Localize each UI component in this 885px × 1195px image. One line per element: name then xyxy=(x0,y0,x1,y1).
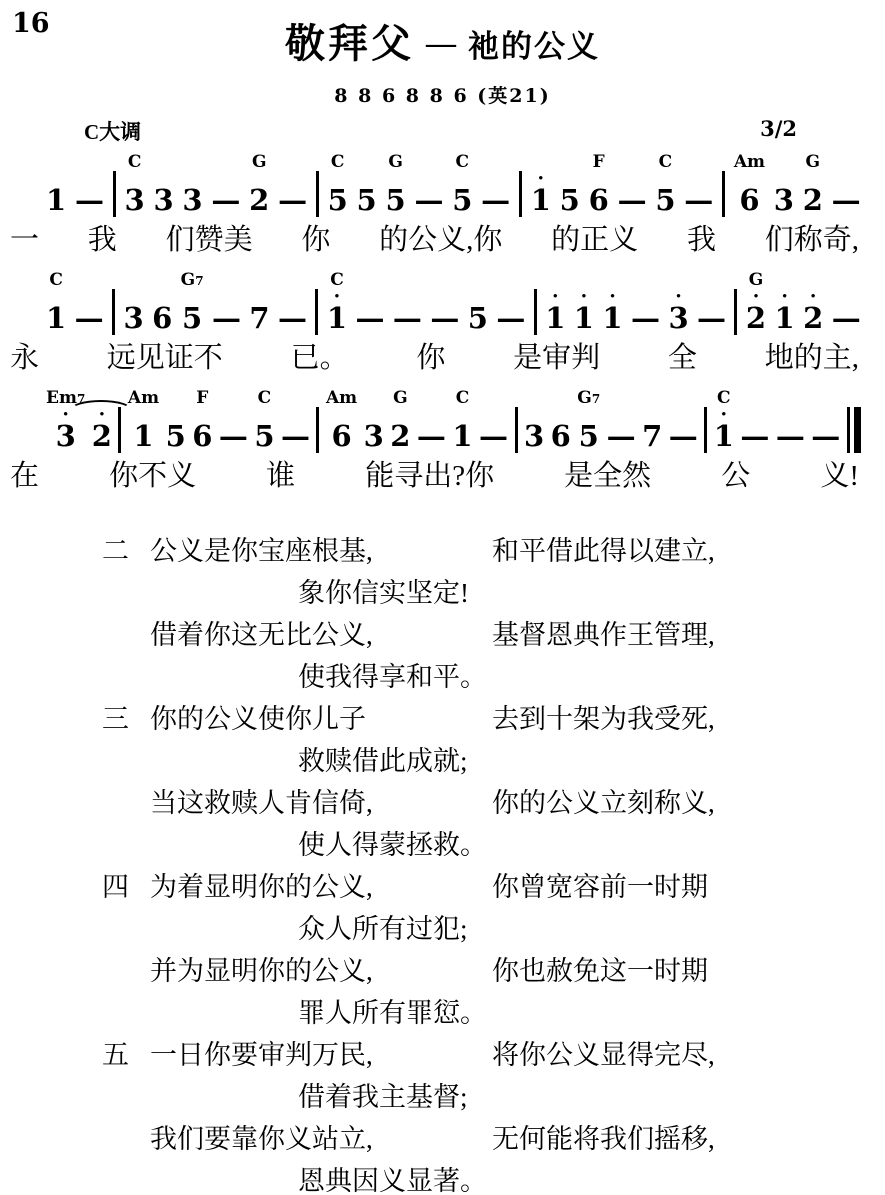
verse: 三你的公义使你儿子去到十架为我受死,救赎借此成就;当这救赎人肯信倚,你的公义立刻… xyxy=(102,698,855,866)
duration-dash: — xyxy=(75,152,104,217)
barline xyxy=(722,171,725,217)
note-glyph: 5 xyxy=(655,184,675,217)
note-glyph: 5 xyxy=(579,420,599,453)
verse-number: 三 xyxy=(102,698,150,740)
verse-line: 二公义是你宝座根基,和平借此得以建立, xyxy=(102,530,855,572)
note-glyph: 2 xyxy=(92,420,112,453)
duration-dash: — xyxy=(669,388,698,453)
verse-number: 五 xyxy=(102,1034,150,1076)
note-glyph: 7 xyxy=(642,420,662,453)
barline xyxy=(519,171,522,217)
duration-dash: — xyxy=(631,270,660,335)
note-glyph: 1 xyxy=(545,302,565,335)
lyric-syllable: 义! xyxy=(820,456,859,496)
chord-label: Am xyxy=(326,388,357,409)
note-glyph: — xyxy=(75,302,104,335)
note-glyph: 7 xyxy=(249,302,269,335)
duration-dash: — xyxy=(219,388,248,453)
lyric-syllable: 们称奇, xyxy=(765,220,859,260)
note-glyph: — xyxy=(740,420,769,453)
verses: 二公义是你宝座根基,和平借此得以建立,象你信实坚定!借着你这无比公义,基督恩典作… xyxy=(0,506,885,1195)
note: G•2 xyxy=(746,270,766,335)
note: 6 xyxy=(551,388,571,453)
lyric-syllable: 永 xyxy=(10,338,39,378)
verse-number: 二 xyxy=(102,530,150,572)
note-glyph: 6 xyxy=(152,302,172,335)
note-glyph: — xyxy=(697,302,726,335)
verse-line-indent: 众人所有过犯; xyxy=(298,908,855,950)
note: G2 xyxy=(249,152,269,217)
duration-dash: — xyxy=(281,388,310,453)
note-glyph: 5 xyxy=(328,184,348,217)
note-glyph: — xyxy=(355,302,384,335)
note-glyph: 1 xyxy=(452,420,472,453)
note-glyph: — xyxy=(684,184,713,217)
notation-row: Em7•3•2Am15F6—C5—Am63G2—C1—36G75—7—C•1——… xyxy=(0,388,885,453)
music-system: C1—36G75—7—C•1———5—•1•1•1—•3—G•2•1•2—永远见… xyxy=(0,270,885,378)
note: C1 xyxy=(46,270,66,335)
lyric-syllable: 你不义 xyxy=(109,456,196,496)
hymn-title-subtitle: 祂的公义 xyxy=(468,29,600,64)
verse-text-left: 借着你这无比公义, xyxy=(150,614,492,656)
chord-label: G xyxy=(252,152,267,173)
duration-dash: — xyxy=(776,388,805,453)
lyric-syllable: 在 xyxy=(10,456,39,496)
chord-label: F xyxy=(196,388,208,409)
verse-text-right: 将你公义显得完尽, xyxy=(492,1034,855,1076)
note: Am6 xyxy=(734,152,765,217)
final-barline-thin xyxy=(847,407,850,453)
lyric-syllable: 你 xyxy=(301,220,330,260)
note-glyph: 6 xyxy=(331,420,351,453)
verse-line-indent: 使我得享和平。 xyxy=(298,656,855,698)
duration-dash: — xyxy=(430,270,459,335)
note-glyph: 1 xyxy=(133,420,153,453)
lyric-syllable: 公 xyxy=(721,456,750,496)
lyric-syllable: 谁 xyxy=(266,456,295,496)
barline xyxy=(734,289,737,335)
note: C5 xyxy=(452,152,472,217)
barline xyxy=(515,407,518,453)
note-glyph: — xyxy=(414,184,443,217)
barline xyxy=(316,171,319,217)
duration-dash: — xyxy=(607,388,636,453)
verse-line-indent: 罪人所有罪愆。 xyxy=(298,992,855,1034)
key-signature: C大调 xyxy=(84,116,141,146)
note-glyph: 1 xyxy=(602,302,622,335)
hymn-title-dash: — xyxy=(426,27,456,60)
chord-label: C xyxy=(456,152,470,173)
chord-label: G xyxy=(806,152,821,173)
verse: 四为着显明你的公义,你曾宽容前一时期众人所有过犯;并为显明你的公义,你也赦免这一… xyxy=(102,866,855,1034)
note: Am1 xyxy=(128,388,159,453)
note: 3 xyxy=(182,152,202,217)
music-system: 1—C333—G2—C55G5—C5—•15F6—C5—Am63G2—一我们赞美… xyxy=(0,152,885,260)
lyric-syllable: 我 xyxy=(88,220,117,260)
note: C1 xyxy=(452,388,472,453)
note-glyph: — xyxy=(832,184,861,217)
hymn-sheet-page: 16 敬拜父 — 祂的公义 8 8 6 8 8 6 (英21) C大调 3/2 … xyxy=(0,0,885,1195)
verse-text-left: 并为显明你的公义, xyxy=(150,950,492,992)
note-glyph: — xyxy=(430,302,459,335)
note-glyph: 1 xyxy=(531,184,551,217)
duration-dash: — xyxy=(211,152,240,217)
note-glyph: 6 xyxy=(551,420,571,453)
note: •1 xyxy=(602,270,622,335)
verse-text-left: 当这救赎人肯信倚, xyxy=(150,782,492,824)
chord-label: Am xyxy=(734,152,765,173)
note-glyph: 5 xyxy=(254,420,274,453)
chord-label: G xyxy=(393,388,408,409)
note: C•1 xyxy=(327,270,347,335)
chord-label: G xyxy=(388,152,403,173)
verse-line: 我们要靠你义站立,无何能将我们摇移, xyxy=(102,1118,855,1160)
barline xyxy=(113,171,116,217)
note-glyph: 2 xyxy=(249,184,269,217)
note-glyph: 2 xyxy=(803,184,823,217)
note: G2 xyxy=(390,388,410,453)
note-glyph: 1 xyxy=(574,302,594,335)
note-glyph: 3 xyxy=(182,184,202,217)
note-glyph: 1 xyxy=(327,302,347,335)
duration-dash: — xyxy=(417,388,446,453)
verse-text-right: 你也赦免这一时期 xyxy=(492,950,855,992)
note: Em7•3 xyxy=(46,388,85,453)
note: F6 xyxy=(192,388,212,453)
verse-line-indent: 借着我主基督; xyxy=(298,1076,855,1118)
note: Am6 xyxy=(326,388,357,453)
note: F6 xyxy=(589,152,609,217)
duration-dash: — xyxy=(697,270,726,335)
verse-text-right: 你的公义立刻称义, xyxy=(492,782,855,824)
note: •1 xyxy=(574,270,594,335)
note-glyph: 6 xyxy=(192,420,212,453)
verse-text-right: 和平借此得以建立, xyxy=(492,530,855,572)
verse-line: 五一日你要审判万民,将你公义显得完尽, xyxy=(102,1034,855,1076)
note-glyph: — xyxy=(631,302,660,335)
note: 5 xyxy=(357,152,377,217)
duration-dash: — xyxy=(832,152,861,217)
note: 6 xyxy=(152,270,172,335)
lyric-syllable: 你 xyxy=(416,338,445,378)
note: •1 xyxy=(531,152,551,217)
lyrics-row: 永远见证不已。你是审判全地的主, xyxy=(0,338,885,378)
note: •1 xyxy=(545,270,565,335)
lyric-syllable: 们赞美 xyxy=(166,220,253,260)
duration-dash: — xyxy=(414,152,443,217)
barline xyxy=(112,289,115,335)
note-glyph: — xyxy=(479,420,508,453)
hymn-title: 敬拜父 — 祂的公义 xyxy=(0,0,885,69)
hymn-title-main: 敬拜父 xyxy=(285,21,414,66)
note-glyph: — xyxy=(212,302,241,335)
barline xyxy=(316,407,319,453)
music-system: Em7•3•2Am15F6—C5—Am63G2—C1—36G75—7—C•1——… xyxy=(0,388,885,496)
chord-label: C xyxy=(659,152,673,173)
note: G75 xyxy=(181,270,204,335)
note-glyph: 1 xyxy=(46,302,66,335)
note: G2 xyxy=(803,152,823,217)
note-glyph: 6 xyxy=(739,184,759,217)
barline xyxy=(534,289,537,335)
verse-text-right: 基督恩典作王管理, xyxy=(492,614,855,656)
note: •3 xyxy=(668,270,688,335)
verse-text-right: 无何能将我们摇移, xyxy=(492,1118,855,1160)
verse-number xyxy=(102,1118,150,1160)
lyric-syllable: 能寻出?你 xyxy=(365,456,494,496)
verse-number xyxy=(102,782,150,824)
note: 1 xyxy=(46,152,66,217)
chord-seventh: 7 xyxy=(592,392,600,406)
note-glyph: — xyxy=(211,184,240,217)
note-glyph: — xyxy=(618,184,647,217)
verse-line-indent: 象你信实坚定! xyxy=(298,572,855,614)
chord-label: Am xyxy=(128,388,159,409)
note-glyph: 3 xyxy=(364,420,384,453)
note-glyph: 3 xyxy=(524,420,544,453)
verse-line-indent: 使人得蒙拯救。 xyxy=(298,824,855,866)
note-glyph: 2 xyxy=(390,420,410,453)
note: C5 xyxy=(254,388,274,453)
verse-number xyxy=(102,614,150,656)
lyric-syllable: 一 xyxy=(10,220,39,260)
duration-dash: — xyxy=(212,270,241,335)
note-glyph: — xyxy=(278,184,307,217)
note: 3 xyxy=(524,388,544,453)
lyric-syllable: 的公义,你 xyxy=(379,220,502,260)
verse-text-left: 为着显明你的公义, xyxy=(150,866,492,908)
duration-dash: — xyxy=(393,270,422,335)
duration-dash: — xyxy=(278,152,307,217)
duration-dash: — xyxy=(811,388,840,453)
lyric-syllable: 地的主, xyxy=(765,338,859,378)
lyric-syllable: 已。 xyxy=(291,338,349,378)
verse-line: 四为着显明你的公义,你曾宽容前一时期 xyxy=(102,866,855,908)
note-glyph: 5 xyxy=(560,184,580,217)
duration-dash: — xyxy=(684,152,713,217)
duration-dash: — xyxy=(75,270,104,335)
note: •1 xyxy=(775,270,795,335)
verse-text-right: 你曾宽容前一时期 xyxy=(492,866,855,908)
note-glyph: 5 xyxy=(386,184,406,217)
note-glyph: — xyxy=(607,420,636,453)
note: C5 xyxy=(655,152,675,217)
duration-dash: — xyxy=(479,388,508,453)
note-glyph: — xyxy=(393,302,422,335)
verse-text-left: 我们要靠你义站立, xyxy=(150,1118,492,1160)
note: 3 xyxy=(774,152,794,217)
verse-line: 三你的公义使你儿子去到十架为我受死, xyxy=(102,698,855,740)
notation-row: C1—36G75—7—C•1———5—•1•1•1—•3—G•2•1•2— xyxy=(0,270,885,335)
note-glyph: 2 xyxy=(746,302,766,335)
duration-dash: — xyxy=(496,270,525,335)
duration-dash: — xyxy=(618,152,647,217)
note-glyph: 5 xyxy=(468,302,488,335)
chord-label: G7 xyxy=(181,270,204,291)
chord-label: C xyxy=(331,152,345,173)
note-glyph: — xyxy=(278,302,307,335)
note-glyph: 3 xyxy=(123,302,143,335)
note-glyph: 5 xyxy=(166,420,186,453)
duration-dash: — xyxy=(740,388,769,453)
chord-label: C xyxy=(128,152,142,173)
note: •2 xyxy=(803,270,823,335)
lyric-syllable: 远见证不 xyxy=(107,338,223,378)
note-glyph: 3 xyxy=(124,184,144,217)
note-glyph: — xyxy=(811,420,840,453)
lyrics-row: 一我们赞美你的公义,你的正义我们称奇, xyxy=(0,220,885,260)
note-glyph: 3 xyxy=(668,302,688,335)
note: G5 xyxy=(386,152,406,217)
note-glyph: — xyxy=(75,184,104,217)
note-glyph: — xyxy=(496,302,525,335)
verse-line-indent: 救赎借此成就; xyxy=(298,740,855,782)
note-glyph: — xyxy=(832,302,861,335)
note-glyph: 1 xyxy=(775,302,795,335)
note-glyph: 3 xyxy=(774,184,794,217)
note: 3 xyxy=(364,388,384,453)
final-barline xyxy=(847,407,861,453)
verse-number xyxy=(102,950,150,992)
notation-row: 1—C333—G2—C55G5—C5—•15F6—C5—Am63G2— xyxy=(0,152,885,217)
note: G75 xyxy=(577,388,600,453)
note: 7 xyxy=(642,388,662,453)
note-glyph: — xyxy=(219,420,248,453)
verse-line: 借着你这无比公义,基督恩典作王管理, xyxy=(102,614,855,656)
page-number: 16 xyxy=(12,8,50,39)
verse-text-left: 公义是你宝座根基, xyxy=(150,530,492,572)
verse-text-left: 你的公义使你儿子 xyxy=(150,698,492,740)
note-glyph: — xyxy=(776,420,805,453)
note: C•1 xyxy=(714,388,734,453)
time-signature: 3/2 xyxy=(760,116,797,146)
note-glyph: — xyxy=(281,420,310,453)
note: 7 xyxy=(249,270,269,335)
duration-dash: — xyxy=(278,270,307,335)
barline xyxy=(704,407,707,453)
note-glyph: 6 xyxy=(589,184,609,217)
note-glyph: 5 xyxy=(357,184,377,217)
note: 5 xyxy=(560,152,580,217)
verse-line: 当这救赎人肯信倚,你的公义立刻称义, xyxy=(102,782,855,824)
note-glyph: 5 xyxy=(452,184,472,217)
note-glyph: 2 xyxy=(803,302,823,335)
lyric-syllable: 全 xyxy=(668,338,697,378)
lyrics-row: 在你不义谁能寻出?你是全然公义! xyxy=(0,456,885,496)
note-glyph: 5 xyxy=(182,302,202,335)
verse-text-right: 去到十架为我受死, xyxy=(492,698,855,740)
verse-number: 四 xyxy=(102,866,150,908)
chord-seventh: 7 xyxy=(195,274,203,288)
note: 3 xyxy=(123,270,143,335)
lyric-syllable: 是全然 xyxy=(564,456,651,496)
duration-dash: — xyxy=(355,270,384,335)
note: C3 xyxy=(124,152,144,217)
note-glyph: — xyxy=(481,184,510,217)
note: C5 xyxy=(328,152,348,217)
lyric-syllable: 的正义 xyxy=(551,220,638,260)
duration-dash: — xyxy=(481,152,510,217)
chord-label: G7 xyxy=(577,388,600,409)
verse: 五一日你要审判万民,将你公义显得完尽,借着我主基督;我们要靠你义站立,无何能将我… xyxy=(102,1034,855,1195)
note-glyph: 1 xyxy=(714,420,734,453)
note: 5 xyxy=(166,388,186,453)
note-glyph: — xyxy=(669,420,698,453)
chord-label: C xyxy=(49,270,63,291)
key-signature-row: C大调 3/2 xyxy=(0,108,885,146)
note: •2 xyxy=(92,388,112,453)
verse-text-left: 一日你要审判万民, xyxy=(150,1034,492,1076)
lyric-syllable: 是审判 xyxy=(513,338,600,378)
final-barline-thick xyxy=(854,407,861,453)
duration-dash: — xyxy=(832,270,861,335)
verse-line: 并为显明你的公义,你也赦免这一时期 xyxy=(102,950,855,992)
note: 5 xyxy=(468,270,488,335)
chord-label: C xyxy=(258,388,272,409)
note-glyph: 3 xyxy=(56,420,76,453)
verse-line-indent: 恩典因义显著。 xyxy=(298,1160,855,1195)
lyric-syllable: 我 xyxy=(687,220,716,260)
chord-label: F xyxy=(593,152,605,173)
verse: 二公义是你宝座根基,和平借此得以建立,象你信实坚定!借着你这无比公义,基督恩典作… xyxy=(102,530,855,698)
barline xyxy=(315,289,318,335)
chord-label: C xyxy=(456,388,470,409)
music-systems: 1—C333—G2—C55G5—C5—•15F6—C5—Am63G2—一我们赞美… xyxy=(0,152,885,496)
note: 3 xyxy=(153,152,173,217)
note-glyph: 1 xyxy=(46,184,66,217)
note-glyph: 3 xyxy=(153,184,173,217)
hymn-meter: 8 8 6 8 8 6 (英21) xyxy=(0,81,885,108)
note-glyph: — xyxy=(417,420,446,453)
